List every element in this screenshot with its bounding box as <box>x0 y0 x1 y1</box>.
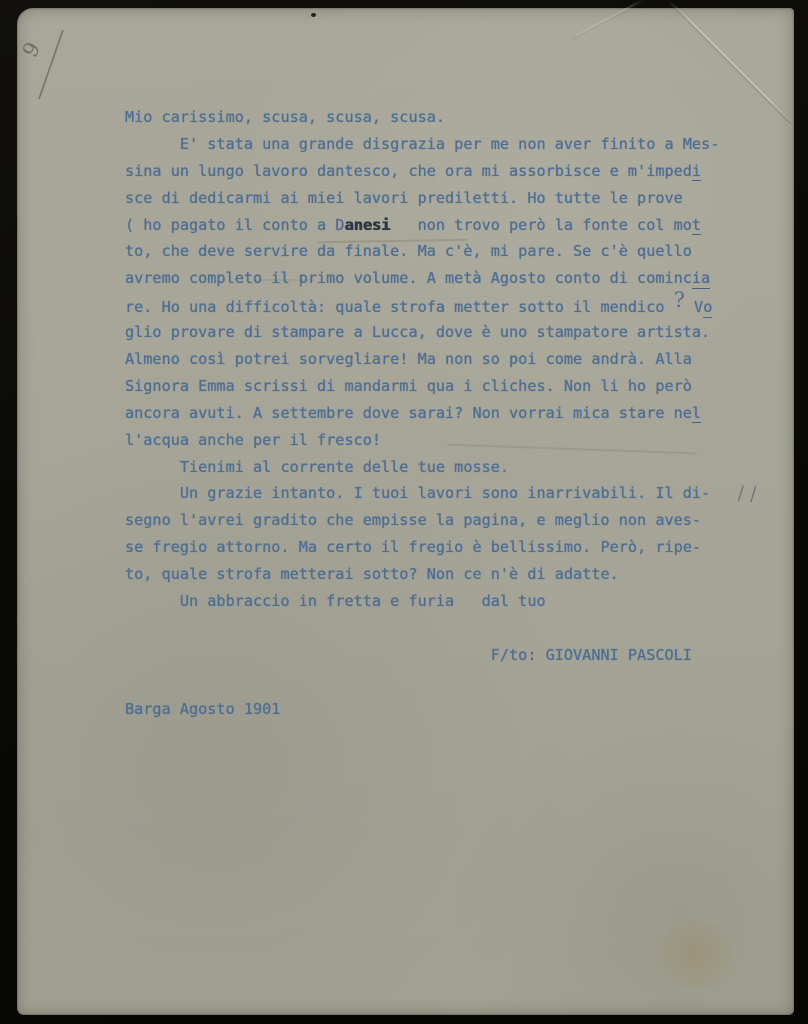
pencil-corner-annotation: 9 <box>19 27 77 105</box>
letter-line: sce di dedicarmi ai miei lavori predilet… <box>125 185 765 212</box>
letter-line: l'acqua anche per il fresco! <box>125 427 765 454</box>
typewritten-text: Un abbraccio in fretta e furia dal tuo <box>125 592 546 610</box>
typewritten-text: non trovo però la fonte col mo <box>390 216 692 234</box>
scanned-letter-page: 9 Mio carissimo, scusa, scusa, scusa. E'… <box>0 0 808 1024</box>
typewritten-text: Mio carissimo, scusa, scusa, scusa. <box>125 108 445 126</box>
letter-line: Mio carissimo, scusa, scusa, scusa. <box>125 104 765 131</box>
letter-line: Signora Emma scrissi di mandarmi qua i c… <box>125 373 765 400</box>
scan-speck-dot <box>311 13 316 17</box>
typewritten-text: l'acqua anche per il fresco! <box>125 431 381 449</box>
pencil-margin-mark: || <box>732 480 765 508</box>
typewritten-text: Un grazie intanto. I tuoi lavori sono in… <box>125 484 710 502</box>
letter-line: Almeno così potrei sorvegliare! Ma non s… <box>125 346 765 373</box>
typewritten-text: re. Ho una difficoltà: quale strofa mett… <box>125 298 674 316</box>
handwritten-question-mark: ? <box>674 288 685 312</box>
letter-line: Un abbraccio in fretta e furia dal tuo <box>125 588 765 615</box>
letter-line <box>125 615 765 642</box>
typewritten-text: glio provare di stampare a Lucca, dove è… <box>125 323 710 341</box>
typewritten-text: se fregio attorno. Ma certo il fregio è … <box>125 538 701 556</box>
paper-stain <box>652 920 737 990</box>
letter-line: avremo completo il primo volume. A metà … <box>125 265 765 292</box>
typewritten-text: to, quale strofa metterai sotto? Non ce … <box>125 565 619 583</box>
typewritten-text: Almeno così potrei sorvegliare! Ma non s… <box>125 350 692 368</box>
letter-line: segno l'avrei gradito che empisse la pag… <box>125 507 765 534</box>
letter-line: se fregio attorno. Ma certo il fregio è … <box>125 534 765 561</box>
letter-line: ( ho pagato il conto a Danesi non trovo … <box>125 212 765 239</box>
letter-line: sina un lungo lavoro dantesco, che ora m… <box>125 158 765 185</box>
typewritten-text: segno l'avrei gradito che empisse la pag… <box>125 511 701 529</box>
typewritten-text: sce di dedicarmi ai miei lavori predilet… <box>125 189 683 207</box>
letter-line: ancora avuti. A settembre dove sarai? No… <box>125 400 765 427</box>
letter-line: F/to: GIOVANNI PASCOLI <box>125 642 765 669</box>
typewritten-text: Tienimi al corrente delle tue mosse. <box>125 458 509 476</box>
typewritten-text: sina un lungo lavoro dantesco, che ora m… <box>125 162 692 180</box>
letter-line: Tienimi al corrente delle tue mosse. <box>125 454 765 481</box>
typewritten-text: ancora avuti. A settembre dove sarai? No… <box>125 404 692 422</box>
paper-crease-faint <box>571 0 643 39</box>
pencil-slash-stroke <box>39 30 63 99</box>
typewritten-text: Signora Emma scrissi di mandarmi qua i c… <box>125 377 692 395</box>
typewritten-text: avremo completo il primo volume. A metà … <box>125 269 692 287</box>
pencil-numeral: 9 <box>19 38 45 61</box>
typewritten-text: F/to: GIOVANNI PASCOLI <box>125 646 692 664</box>
underlined-text: i <box>692 162 701 182</box>
letter-line: glio provare di stampare a Lucca, dove è… <box>125 319 765 346</box>
typewritten-text: to, che deve servire da finale. Ma c'è, … <box>125 242 692 260</box>
letter-line: Un grazie intanto. I tuoi lavori sono in… <box>125 480 765 507</box>
underlined-text: ia <box>692 269 710 289</box>
pencil-annotation-drawing: 9 <box>19 27 77 105</box>
underlined-text: t <box>692 216 701 236</box>
letter-line: E' stata una grande disgrazia per me non… <box>125 131 765 158</box>
letter-line: Barga Agosto 1901 <box>125 696 765 723</box>
letter-paper-sheet: 9 Mio carissimo, scusa, scusa, scusa. E'… <box>17 8 794 1015</box>
letter-line <box>125 669 765 696</box>
typewritten-text: ( ho pagato il conto a D <box>125 216 344 234</box>
typewritten-text: E' stata una grande disgrazia per me non… <box>125 135 719 153</box>
letter-text: Mio carissimo, scusa, scusa, scusa. E' s… <box>125 104 765 722</box>
typewritten-text: Barga Agosto 1901 <box>125 700 280 718</box>
underlined-text: o <box>703 298 712 318</box>
typewritten-text: V <box>685 298 703 316</box>
letter-line: re. Ho una difficoltà: quale strofa mett… <box>125 292 765 319</box>
underlined-text: l <box>692 404 701 424</box>
overstruck-text: anesi <box>344 216 390 234</box>
letter-line: to, quale strofa metterai sotto? Non ce … <box>125 561 765 588</box>
letter-line: to, che deve servire da finale. Ma c'è, … <box>125 238 765 265</box>
